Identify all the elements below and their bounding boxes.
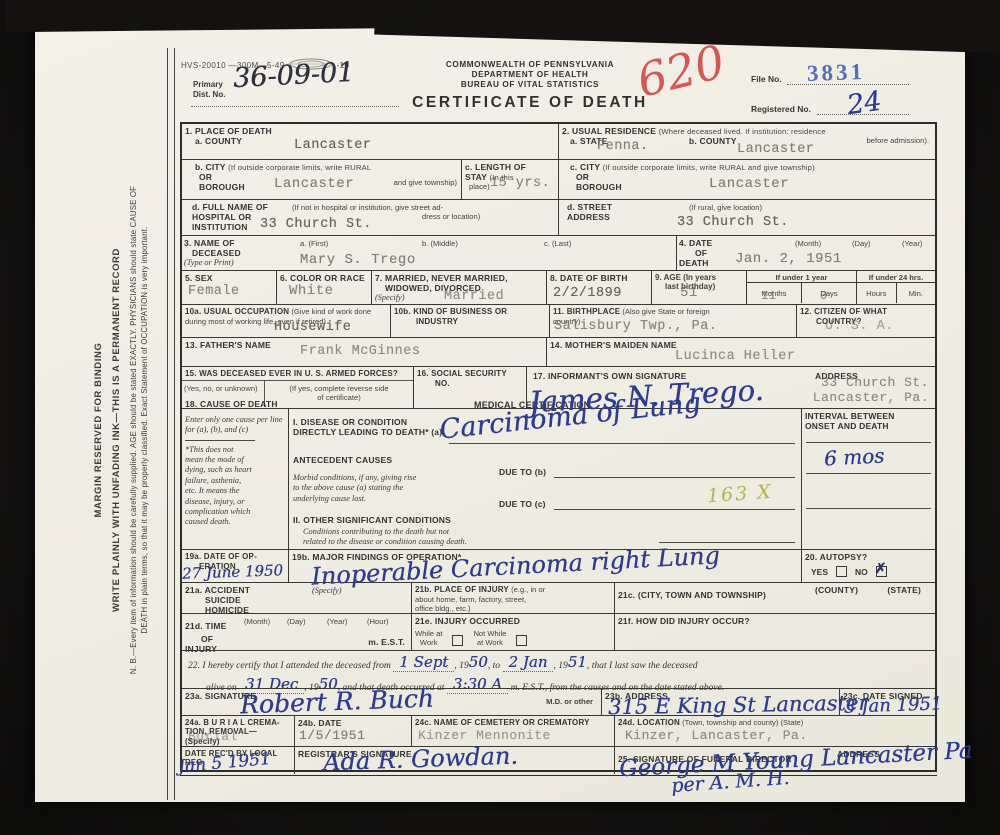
- autopsy-no-label: NO: [855, 567, 868, 577]
- ssn-label-line: NO.: [435, 379, 523, 389]
- antecedent-label: ANTECEDENT CAUSES: [293, 455, 392, 465]
- physician-address-value: 315 E King St Lancaster: [608, 691, 869, 720]
- row-injury-type: 21a. ACCIDENT SUICIDE HOMICIDE (Specify)…: [182, 582, 935, 613]
- file-no-label: File No.: [751, 74, 782, 84]
- race-value: White: [289, 283, 334, 299]
- row-demographics: 5. SEX Female 6. COLOR OR RACE White 7. …: [182, 270, 935, 304]
- field-kind-of-business: 10b. KIND OF BUSINESS OR INDUSTRY: [391, 305, 550, 337]
- due-to-c-line: [554, 509, 795, 510]
- autopsy-yes-checkbox: [836, 566, 847, 577]
- primary-label-line: Primary: [193, 80, 225, 90]
- field-citizen: 12. CITIZEN OF WHAT COUNTRY? U. S. A.: [797, 305, 935, 337]
- side2-line: failure, asthenia,: [185, 476, 285, 486]
- name-label-line: (Type or Print): [184, 258, 241, 268]
- field-interval: INTERVAL BETWEEN ONSET AND DEATH 6 mos: [802, 409, 935, 549]
- place-county-subrow: 1. PLACE OF DEATH a. COUNTY Lancaster: [182, 124, 558, 159]
- residence-title-note: (Where deceased lived. If institution: r…: [659, 127, 826, 136]
- interval-line3: [806, 508, 931, 509]
- hospital-label-line: HOSPITAL OR: [192, 212, 268, 222]
- side2-line: caused death.: [185, 517, 285, 527]
- field-how-injury: 21f. HOW DID INJURY OCCUR?: [615, 614, 935, 650]
- agency-line: DEPARTMENT OF HEALTH: [395, 70, 665, 80]
- cause-side-note2: *This does not mean the mode of dying, s…: [185, 445, 285, 528]
- hospital-note: (If not in hospital or institution, give…: [292, 203, 443, 212]
- residence-title: 2. USUAL RESIDENCE (Where deceased lived…: [562, 126, 932, 136]
- primary-label-line: Dist. No.: [193, 90, 225, 100]
- field-autopsy: 20. AUTOPSY? YES NO ✗: [802, 550, 935, 582]
- under1-columns: Months 11 Days 0: [747, 282, 856, 303]
- street-label: d. STREET ADDRESS: [567, 202, 612, 222]
- row-place-residence: 1. PLACE OF DEATH a. COUNTY Lancaster b.…: [182, 124, 935, 235]
- field-age: 9. AGE (In years last birthday) 51: [652, 271, 747, 304]
- row-operation: 19a. DATE OF OP- ERATION 27 June 1950 19…: [182, 549, 935, 582]
- field-registrar-signature: REGISTRAR'S SIGNATURE Ada R. Gowdan.: [295, 747, 615, 774]
- burial-date-value: 1/5/1951: [299, 728, 365, 743]
- certificate-paper: MARGIN RESERVED FOR BINDING WRITE PLAINL…: [35, 18, 965, 802]
- field-certification: 22. I hereby certify that I attended the…: [182, 651, 935, 688]
- birthplace-note1: (Also give State or foreign: [622, 307, 709, 316]
- other-note-line: related to the disease or condition caus…: [303, 537, 467, 547]
- injury-state-label: (STATE): [887, 585, 921, 595]
- under1-label: If under 1 year: [747, 271, 856, 282]
- min-label: Min.: [909, 289, 923, 298]
- armed-forces-note2: (If yes, complete reverse sideof certifi…: [265, 381, 413, 407]
- dod-year-label: (Year): [902, 239, 922, 248]
- disease-label-line2: DIRECTLY LEADING TO DEATH* (a): [293, 427, 442, 437]
- place-title: 1. PLACE OF DEATH: [185, 126, 555, 136]
- cause-side-notes: 18. CAUSE OF DEATH Enter only one cause …: [182, 409, 289, 549]
- armed-forces-note2a: (If yes, complete reverse side: [289, 384, 388, 393]
- file-no-value: 3831: [807, 59, 866, 87]
- dob-label: 8. DATE OF BIRTH: [550, 273, 648, 283]
- field-father-name: 13. FATHER'S NAME Frank McGinnes: [182, 338, 547, 366]
- under24-label: If under 24 hrs.: [857, 271, 935, 282]
- red-stamp-number: 620: [632, 34, 730, 108]
- residence-county-label: b. COUNTY: [689, 136, 737, 146]
- morbid-line: Morbid conditions, if any, giving rise: [293, 473, 416, 483]
- side2-line: mean the mode of: [185, 455, 285, 465]
- cemetery-value: Kinzer Mennonite: [418, 728, 551, 743]
- interval-line1: [806, 442, 931, 443]
- interval-label-line: ONSET AND DEATH: [805, 421, 932, 431]
- field-age-under-1-year: If under 1 year Months 11 Days 0: [747, 271, 857, 304]
- field-operation-date: 19a. DATE OF OP- ERATION 27 June 1950: [182, 550, 289, 582]
- injury-place-note2: about home, farm, factory, street,: [415, 595, 611, 604]
- disease-label-text: DIRECTLY LEADING TO DEATH*: [293, 427, 429, 437]
- place-city-subrow: b. CITY (If outside corporate limits, wr…: [182, 159, 558, 199]
- under24-columns: Hours Min.: [857, 282, 935, 303]
- occupation-title: 10a. USUAL OCCUPATION: [185, 307, 289, 316]
- field-usual-occupation: 10a. USUAL OCCUPATION (Give kind of work…: [182, 305, 391, 337]
- not-while-label1: Not While: [473, 629, 506, 638]
- field-date-of-birth: 8. DATE OF BIRTH 2/2/1899: [547, 271, 652, 304]
- place-city-label-text: b. CITY: [195, 162, 226, 172]
- operation-date-value: 27 June 1950: [182, 561, 284, 583]
- certificate-title: CERTIFICATE OF DEATH: [395, 94, 665, 112]
- margin-line: DEATH in plain terms, so that it may be …: [140, 70, 149, 790]
- citizen-value: U. S. A.: [825, 319, 894, 334]
- months-value: 11: [761, 289, 776, 303]
- injury-day-label: (Day): [287, 617, 306, 626]
- burial-value: Burial: [188, 729, 238, 744]
- injury-county-label: (COUNTY): [815, 585, 858, 595]
- hospital-value: 33 Church St.: [260, 217, 372, 232]
- father-value: Frank McGinnes: [300, 344, 420, 359]
- dod-label: 4. DATE OF DEATH: [679, 238, 712, 269]
- injury-place-note1: (e.g., in or: [511, 585, 545, 594]
- injury-occurred-options: While atWork Not Whileat Work: [415, 629, 611, 647]
- field-operation-findings: 19b. MAJOR FINDINGS OF OPERATION* Inoper…: [289, 550, 802, 582]
- ssn-label-line: 16. SOCIAL SECURITY: [417, 369, 523, 379]
- injury-city-label: 21c. (CITY, TOWN AND TOWNSHIP): [618, 590, 766, 600]
- medical-certification: MEDICAL CERTIFICATION. I. DISEASE OR CON…: [289, 409, 802, 549]
- injury-place-note3: office bldg., etc.): [415, 604, 611, 613]
- injury-hour-label: (Hour): [367, 617, 389, 626]
- name-last-label: c. (Last): [544, 239, 571, 248]
- age-label-line: 9. AGE (In years: [655, 273, 743, 282]
- field-date-of-death: 4. DATE OF DEATH (Month) (Day) (Year) Ja…: [677, 236, 935, 270]
- min-col: Min.: [897, 283, 936, 303]
- informant-address-line1: 33 Church St.: [813, 375, 929, 390]
- side2-line: dying, such as heart: [185, 465, 285, 475]
- hours-label: Hours: [866, 289, 886, 298]
- row-injury-time: 21d. TIME (Month) (Day) (Year) (Hour) OF…: [182, 613, 935, 650]
- margin-line: N. B.—Every item of information should b…: [129, 70, 138, 790]
- side2-line: disease, injury, or: [185, 497, 285, 507]
- race-label: 6. COLOR OR RACE: [280, 273, 368, 283]
- autopsy-no-checkbox: ✗: [876, 566, 887, 577]
- burial-location-label: 24d. LOCATION (Town, township and county…: [618, 718, 932, 728]
- birthplace-label: 11. BIRTHPLACE (Also give State or forei…: [553, 307, 793, 317]
- hospital-label-line: d. FULL NAME OF: [192, 202, 268, 212]
- armed-forces-note2b: of certificate): [317, 393, 360, 402]
- primary-district-dotline: [191, 106, 399, 107]
- mother-value: Lucinca Heller: [675, 349, 795, 364]
- due-to-b-line: [554, 477, 795, 478]
- morbid-note: Morbid conditions, if any, giving rise t…: [293, 473, 416, 504]
- field-place-of-injury: 21b. PLACE OF INJURY (e.g., in or about …: [412, 583, 615, 613]
- injury-place-label: 21b. PLACE OF INJURY (e.g., in or: [415, 585, 611, 595]
- name-label-line: 3. NAME OF: [184, 238, 241, 248]
- name-value: Mary S. Trego: [300, 252, 416, 268]
- sex-label: 5. SEX: [185, 273, 273, 283]
- name-label: 3. NAME OF DECEASED (Type or Print): [184, 238, 241, 269]
- while-at-work-checkbox: [452, 635, 463, 646]
- place-city-value: Lancaster: [274, 176, 354, 192]
- while-at-work-option: While atWork: [415, 629, 442, 647]
- sex-value: Female: [188, 284, 240, 299]
- cert-p2: , 19: [454, 660, 468, 671]
- row-occupation: 10a. USUAL OCCUPATION (Give kind of work…: [182, 304, 935, 337]
- not-while-checkbox: [516, 635, 527, 646]
- cert-p5: , that I last saw the deceased: [587, 660, 698, 671]
- side-note-rule: [185, 440, 255, 441]
- disease-label: I. DISEASE OR CONDITION DIRECTLY LEADING…: [293, 417, 442, 437]
- residence-city-note: (If outside corporate limits, write RURA…: [603, 163, 815, 172]
- side2-line: complication which: [185, 507, 285, 517]
- cemetery-label: 24c. NAME OF CEMETERY OR CREMATORY: [415, 718, 611, 728]
- dod-month-label: (Month): [795, 239, 821, 248]
- disease-a-line: [449, 443, 795, 444]
- operation-date-label-line: 19a. DATE OF OP-: [185, 552, 285, 562]
- registrar-signature-value: Ada R. Gowdan.: [323, 742, 519, 777]
- marital-label-line: 7. MARRIED, NEVER MARRIED,: [375, 273, 543, 283]
- row-certification: 22. I hereby certify that I attended the…: [182, 650, 935, 688]
- months-col: Months 11: [747, 283, 802, 303]
- primary-district-value: 36-09-01: [232, 57, 355, 94]
- place-city-note2: and give township): [394, 178, 457, 187]
- field-race: 6. COLOR OR RACE White: [277, 271, 372, 304]
- date-signed-value: 3 Jan 1951: [844, 693, 943, 717]
- photographed-death-certificate: MARGIN RESERVED FOR BINDING WRITE PLAINL…: [0, 0, 1000, 835]
- field-usual-residence: 2. USUAL RESIDENCE (Where deceased lived…: [559, 124, 935, 235]
- cert-from-year: 50: [469, 653, 488, 671]
- stay-label: c. LENGTH OF: [465, 162, 555, 172]
- place-county-label: a. COUNTY: [195, 136, 555, 146]
- informant-address-line2: Lancaster, Pa.: [813, 390, 929, 405]
- field-injury-occurred: 21e. INJURY OCCURRED While atWork Not Wh…: [412, 614, 615, 650]
- not-while-option: Not Whileat Work: [473, 629, 506, 647]
- occupation-note1: (Give kind: [291, 307, 325, 316]
- field-injury-city: 21c. (CITY, TOWN AND TOWNSHIP) (COUNTY) …: [615, 583, 935, 613]
- agency-line: BUREAU OF VITAL STATISTICS: [395, 80, 665, 90]
- field-time-of-injury: 21d. TIME (Month) (Day) (Year) (Hour) OF…: [182, 614, 412, 650]
- place-city-label: b. CITY (If outside corporate limits, wr…: [195, 162, 458, 172]
- hospital-label: d. FULL NAME OF HOSPITAL OR INSTITUTION: [192, 202, 268, 233]
- row-parents: 13. FATHER'S NAME Frank McGinnes 14. MOT…: [182, 337, 935, 366]
- business-label-line: 10b. KIND OF BUSINESS OR: [394, 307, 546, 317]
- side2-line: *This does not: [185, 445, 285, 455]
- residence-city-subrow: c. CITY (If outside corporate limits, wr…: [559, 159, 935, 199]
- certificate-form: 1. PLACE OF DEATH a. COUNTY Lancaster b.…: [180, 122, 937, 772]
- cause-title: 18. CAUSE OF DEATH: [185, 399, 278, 409]
- physician-signature-value: Robert R. Buch: [240, 684, 435, 720]
- hospital-note2: dress or location): [422, 212, 480, 221]
- field-place-of-death: 1. PLACE OF DEATH a. COUNTY Lancaster b.…: [182, 124, 559, 235]
- interval-label-line: INTERVAL BETWEEN: [805, 411, 932, 421]
- margin-line: MARGIN RESERVED FOR BINDING: [93, 70, 104, 790]
- residence-city-value: Lancaster: [709, 176, 789, 192]
- birthplace-title: 11. BIRTHPLACE: [553, 307, 620, 316]
- side2-line: etc. It means the: [185, 486, 285, 496]
- business-label-line: INDUSTRY: [416, 317, 546, 327]
- place-hospital-subrow: d. FULL NAME OF HOSPITAL OR INSTITUTION …: [182, 199, 558, 235]
- while-label2: Work: [420, 638, 438, 647]
- dod-label-line: 4. DATE: [679, 238, 712, 248]
- autopsy-options: YES NO ✗: [811, 566, 932, 577]
- cert-from-value: 1 Sept: [399, 653, 448, 671]
- street-value: 33 Church St.: [677, 215, 789, 230]
- injury-occurred-label: 21e. INJURY OCCURRED: [415, 616, 611, 626]
- field-burial-type: 24a. B U R I A L CREMA- TION, REMOVAL—(S…: [182, 716, 295, 746]
- hours-col: Hours: [857, 283, 897, 303]
- registered-no-value: 24: [845, 86, 883, 121]
- injury-year-label: (Year): [327, 617, 347, 626]
- residence-county-value: Lancaster: [737, 142, 814, 157]
- registered-no-label: Registered No.: [751, 104, 811, 114]
- other-conditions-label: II. OTHER SIGNIFICANT CONDITIONS: [293, 515, 451, 525]
- citizen-label-line: 12. CITIZEN OF WHAT: [800, 307, 932, 317]
- agency-heading: COMMONWEALTH OF PENNSYLVANIA DEPARTMENT …: [395, 60, 665, 112]
- burial-location-title: 24d. LOCATION: [618, 718, 680, 727]
- street-label-line: d. STREET: [567, 202, 612, 212]
- accident-label-line: SUICIDE: [205, 595, 408, 605]
- how-injury-label: 21f. HOW DID INJURY OCCUR?: [618, 616, 932, 626]
- burial-label-line: 24a. B U R I A L CREMA-: [185, 718, 291, 727]
- residence-city-label: c. CITY (If outside corporate limits, wr…: [570, 162, 932, 172]
- residence-title-text: 2. USUAL RESIDENCE: [562, 126, 656, 136]
- place-city-note: (If outside corporate limits, write RURA…: [228, 163, 371, 172]
- dod-label-line: DEATH: [679, 258, 712, 268]
- md-or-other-label: M.D. or other: [546, 697, 593, 706]
- margin-line: WRITE PLAINLY WITH UNFADING INK—THIS IS …: [111, 70, 122, 790]
- residence-city-label-text: c. CITY: [570, 162, 600, 172]
- other-note-line: Conditions contributing to the death but…: [303, 527, 467, 537]
- autopsy-no-mark: ✗: [875, 561, 887, 577]
- due-to-b-label: DUE TO (b): [499, 467, 546, 477]
- field-age-under-24-hrs: If under 24 hrs. Hours Min.: [857, 271, 935, 304]
- informant-address-value: 33 Church St. Lancaster, Pa.: [813, 375, 929, 405]
- disease-label-line: I. DISEASE OR CONDITION: [293, 417, 442, 427]
- while-label1: While at: [415, 629, 442, 638]
- residence-title-note2: before admission).: [867, 136, 929, 145]
- field-mother-name: 14. MOTHER'S MAIDEN NAME Lucinca Heller: [547, 338, 935, 366]
- morbid-line: underlying cause last.: [293, 494, 416, 504]
- interval-line2: [806, 473, 931, 474]
- field-name-of-deceased: 3. NAME OF DECEASED (Type or Print) a. (…: [182, 236, 677, 270]
- row-burial: 24a. B U R I A L CREMA- TION, REMOVAL—(S…: [182, 715, 935, 746]
- cause-code-value: 163 X: [706, 481, 773, 508]
- dod-value: Jan. 2, 1951: [735, 251, 842, 267]
- autopsy-label: 20. AUTOPSY?: [805, 552, 932, 562]
- field-funeral-director: 25. SIGNATURE OF FUNERAL DIRECTOR ADDRES…: [615, 747, 935, 774]
- field-physician-signature: 23a. SIGNATURE Robert R. Buch M.D. or ot…: [182, 689, 602, 715]
- stay-value: 15 yrs.: [490, 176, 550, 191]
- field-marital-status: 7. MARRIED, NEVER MARRIED, WIDOWED, DIVO…: [372, 271, 547, 304]
- certification-line1: 22. I hereby certify that I attended the…: [188, 654, 929, 672]
- due-to-c-label: DUE TO (c): [499, 499, 546, 509]
- field-birthplace: 11. BIRTHPLACE (Also give State or forei…: [550, 305, 797, 337]
- stay-label2-text: STAY: [465, 172, 487, 182]
- days-value: 0: [820, 289, 828, 303]
- burial-location-value: Kinzer, Lancaster, Pa.: [625, 728, 808, 743]
- name-first-label: a. (First): [300, 239, 328, 248]
- occupation-value: Housewife: [274, 320, 351, 335]
- armed-forces-label: 15. WAS DECEASED EVER IN U. S. ARMED FOR…: [182, 367, 413, 380]
- field-date-received: DATE REC'D BY LOCAL REG. Jan 5 1951: [182, 747, 295, 774]
- dob-value: 2/2/1899: [553, 286, 622, 301]
- autopsy-yes-label: YES: [811, 567, 828, 577]
- age-value: 51: [680, 285, 698, 301]
- field-sex: 5. SEX Female: [182, 271, 277, 304]
- morbid-line: to the above cause (a) stating the: [293, 483, 416, 493]
- cert-p3: , to: [488, 660, 500, 671]
- marital-value: Married: [444, 289, 504, 304]
- injury-time-label: 21d. TIME: [185, 621, 226, 631]
- injury-est-label: m. E.S.T.: [368, 637, 405, 647]
- birthplace-value: Salisbury Twp., Pa.: [554, 319, 717, 334]
- residence-state-value: Penna.: [597, 139, 649, 154]
- burial-location-note: (Town, township and county) (State): [682, 718, 803, 727]
- age-label-line: last birthday): [665, 282, 743, 291]
- cause-side-note1: Enter only one cause per line for (a), (…: [185, 415, 285, 436]
- residence-street-subrow: d. STREET ADDRESS (If rural, give locati…: [559, 199, 935, 235]
- primary-district-label: Primary Dist. No.: [193, 80, 225, 100]
- field-accident-suicide: 21a. ACCIDENT SUICIDE HOMICIDE (Specify): [182, 583, 412, 613]
- not-while-label2: at Work: [477, 638, 503, 647]
- injury-place-title: 21b. PLACE OF INJURY: [415, 585, 509, 594]
- street-note: (If rural, give location): [689, 203, 762, 212]
- field-burial-date: 24b. DATE 1/5/1951: [295, 716, 412, 746]
- row-physician: 23a. SIGNATURE Robert R. Buch M.D. or ot…: [182, 688, 935, 715]
- cert-p1: 22. I hereby certify that I attended the…: [188, 660, 391, 671]
- agency-line: COMMONWEALTH OF PENNSYLVANIA: [395, 60, 665, 70]
- row-name-dod: 3. NAME OF DECEASED (Type or Print) a. (…: [182, 235, 935, 270]
- row-cause-of-death: 18. CAUSE OF DEATH Enter only one cause …: [182, 408, 935, 549]
- name-label-line: DECEASED: [192, 248, 241, 258]
- place-county-value: Lancaster: [294, 138, 371, 153]
- street-label-line: ADDRESS: [567, 212, 612, 222]
- cert-to-value: 2 Jan: [509, 653, 548, 671]
- photo-corner-shadow-left: [5, 0, 426, 32]
- hospital-label-line: INSTITUTION: [192, 222, 268, 232]
- interval-value: 6 mos: [823, 443, 885, 470]
- injury-month-label: (Month): [244, 617, 270, 626]
- dod-day-label: (Day): [852, 239, 871, 248]
- days-col: Days 0: [802, 283, 856, 303]
- cert-to-year: 51: [568, 653, 587, 671]
- field-physician-address: 23b. ADDRESS 315 E King St Lancaster: [602, 689, 840, 715]
- dod-label-line: OF: [695, 248, 712, 258]
- cert-p4: , 19: [553, 660, 567, 671]
- name-middle-label: b. (Middle): [422, 239, 458, 248]
- row-registrar: DATE REC'D BY LOCAL REG. Jan 5 1951 REGI…: [182, 746, 935, 774]
- burial-date-label: 24b. DATE: [298, 718, 408, 728]
- residence-state-subrow: 2. USUAL RESIDENCE (Where deceased lived…: [559, 124, 935, 159]
- other-conditions-note: Conditions contributing to the death but…: [303, 527, 467, 548]
